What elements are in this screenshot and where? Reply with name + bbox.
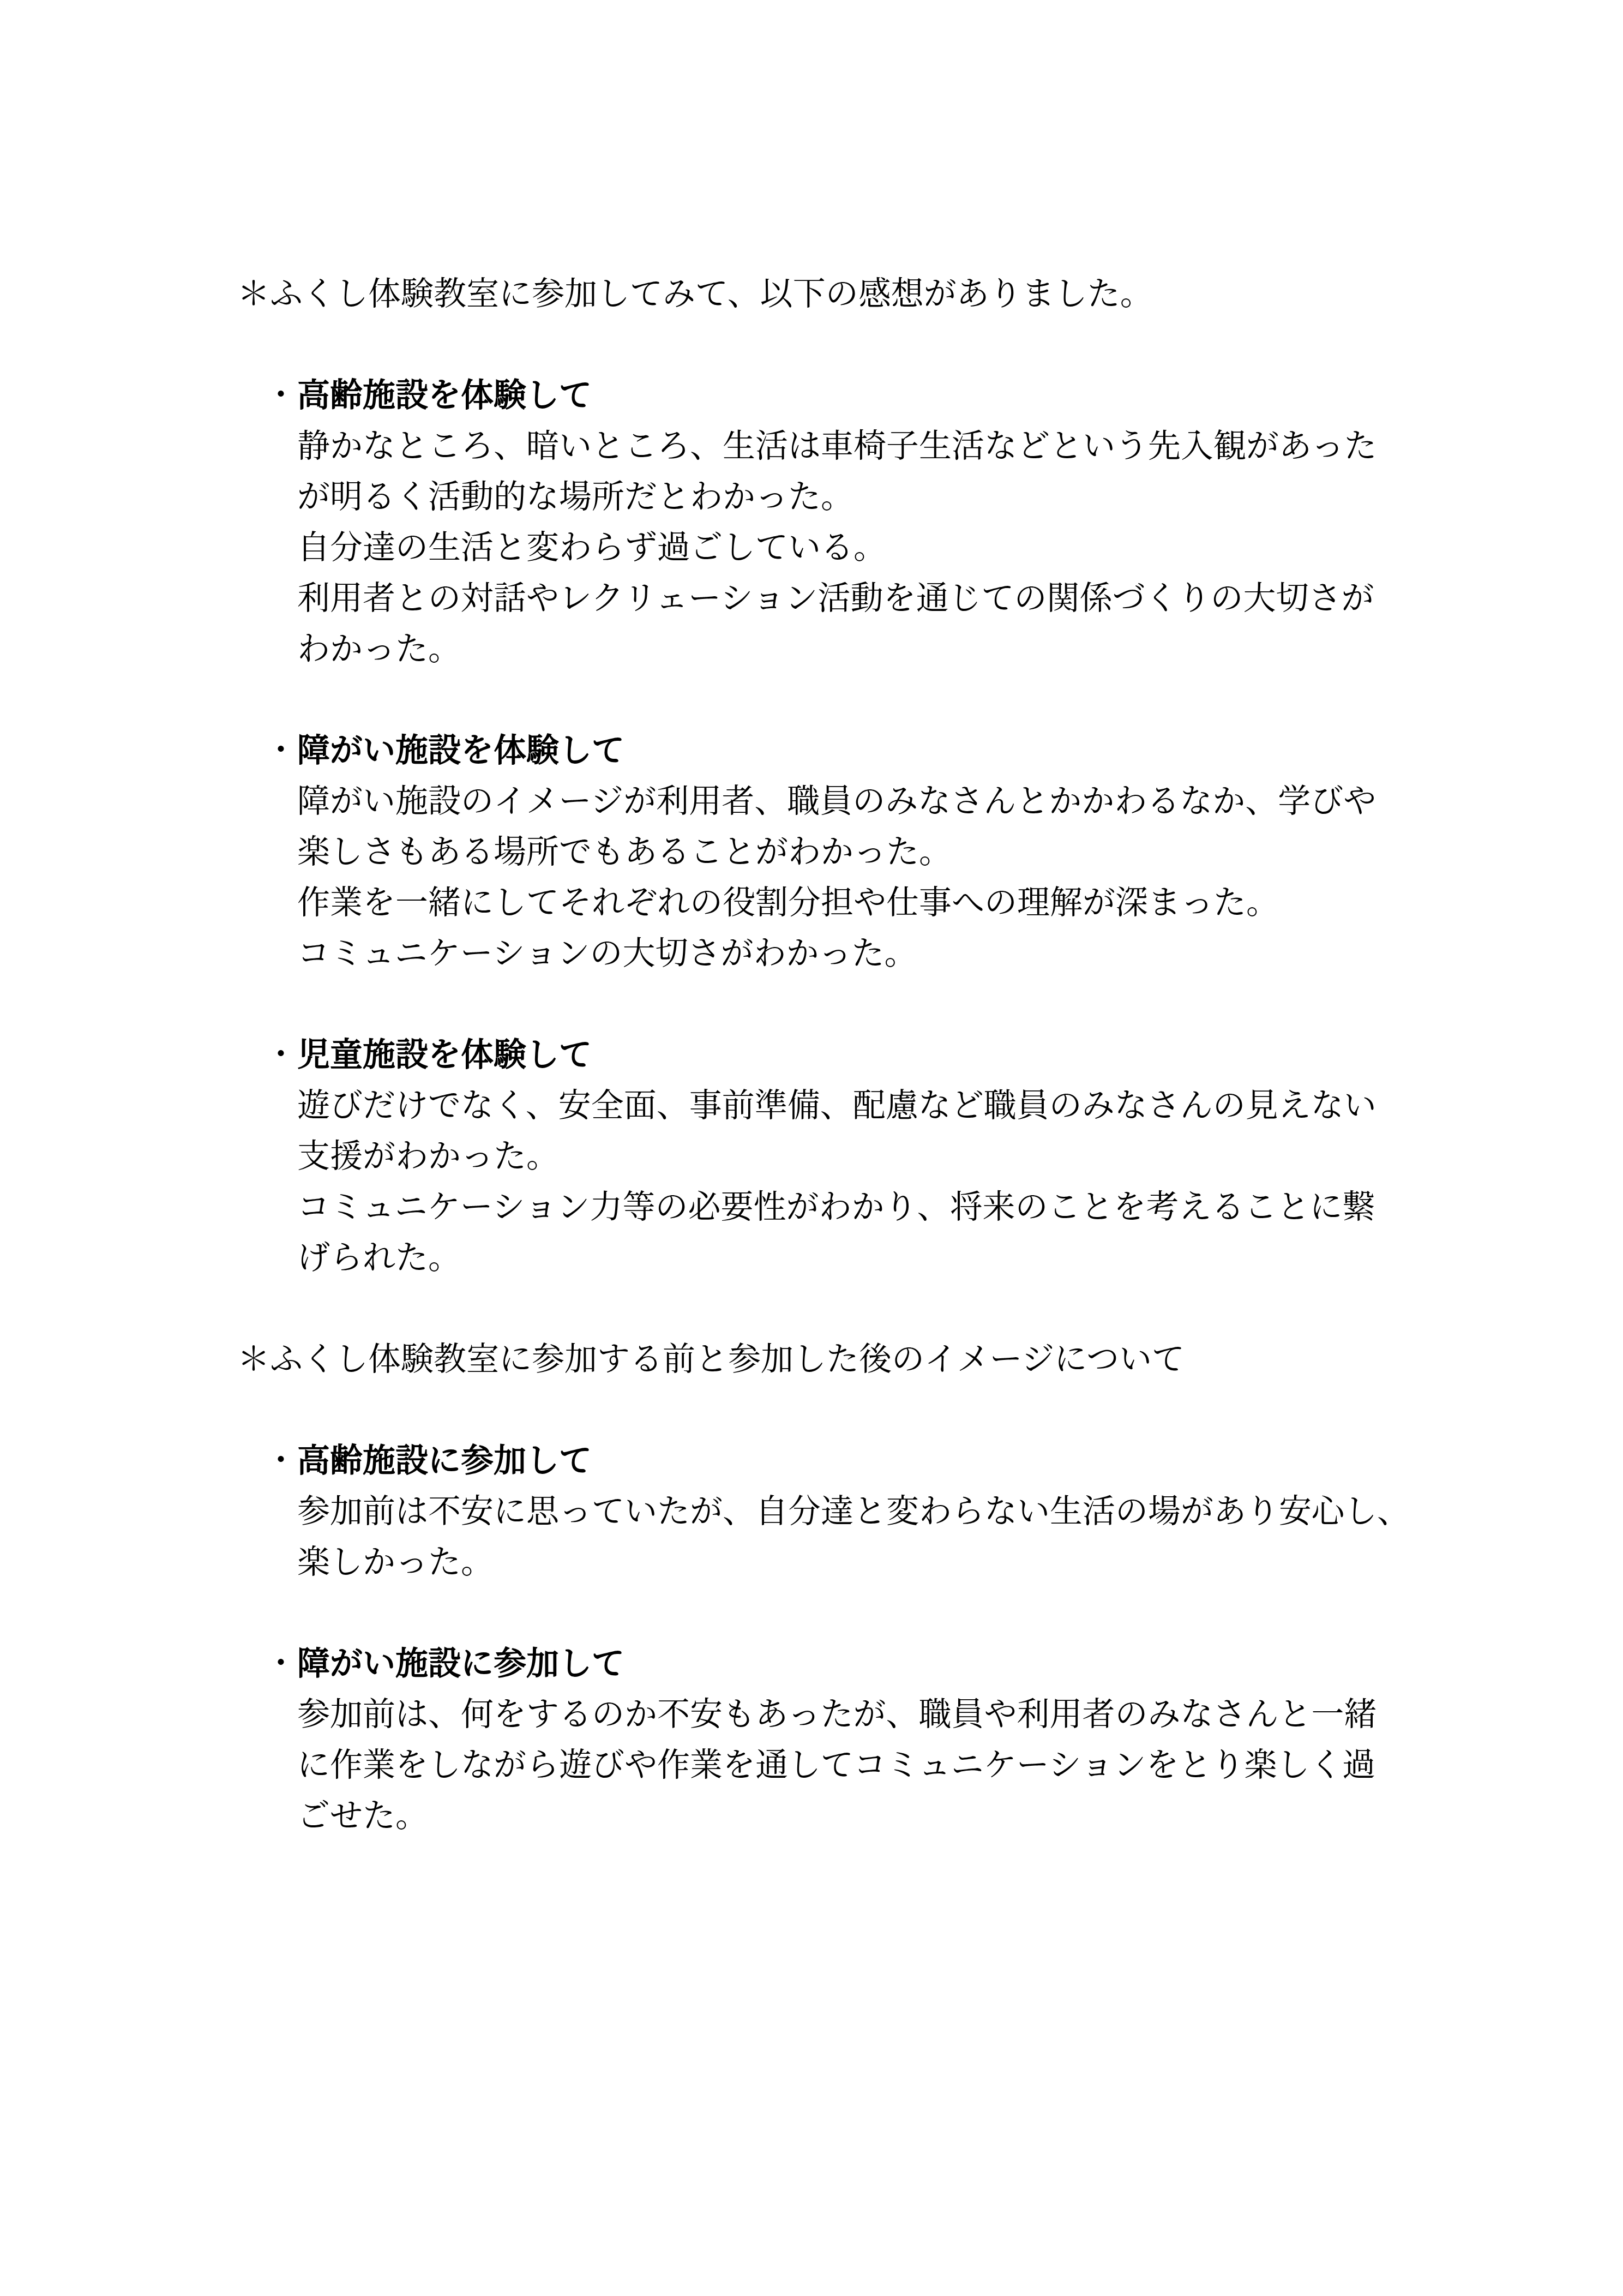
block-heading: 高齢施設を体験して: [297, 377, 592, 413]
block-heading-line: ・高齢施設に参加して: [265, 1435, 1623, 1486]
blank-line: [0, 1283, 1623, 1334]
text-line: 参加前は、何をするのか不安もあったが、職員や利用者のみなさんと一緒: [297, 1689, 1623, 1740]
text-line: 静かなところ、暗いところ、生活は車椅子生活などという先入観があった: [297, 421, 1623, 471]
text-line: げられた。: [297, 1232, 1623, 1283]
text-line: が明るく活動的な場所だとわかった。: [297, 471, 1623, 522]
text-line: 参加前は不安に思っていたが、自分達と変わらない生活の場があり安心し、: [297, 1486, 1623, 1537]
blank-line: [0, 1587, 1623, 1638]
bullet-dot: ・: [265, 1442, 297, 1479]
block-heading: 高齢施設に参加して: [297, 1442, 592, 1479]
text-line: 遊びだけでなく、安全面、事前準備、配慮など職員のみなさんの見えない: [297, 1080, 1623, 1131]
section-title: ＊ふくし体験教室に参加してみて、以下の感想がありました。: [237, 268, 1623, 319]
bullet-dot: ・: [265, 732, 297, 769]
document-text-block: ＊ふくし体験教室に参加してみて、以下の感想がありました。 ・高齢施設を体験して …: [0, 268, 1623, 1841]
bullet-dot: ・: [265, 377, 297, 413]
text-line: ごせた。: [297, 1790, 1623, 1841]
blank-line: [0, 1384, 1623, 1435]
section-title: ＊ふくし体験教室に参加する前と参加した後のイメージについて: [237, 1334, 1623, 1384]
bullet-dot: ・: [265, 1645, 297, 1682]
blank-line: [0, 674, 1623, 725]
text-line: コミュニケーション力等の必要性がわかり、将来のことを考えることに繋: [297, 1182, 1623, 1232]
block-heading-line: ・障がい施設に参加して: [265, 1638, 1623, 1689]
text-line: 障がい施設のイメージが利用者、職員のみなさんとかかわるなか、学びや: [297, 776, 1623, 826]
document-page: ＊ふくし体験教室に参加してみて、以下の感想がありました。 ・高齢施設を体験して …: [0, 0, 1623, 2296]
block-heading-line: ・障がい施設を体験して: [265, 725, 1623, 776]
blank-line: [0, 319, 1623, 370]
text-line: コミュニケーションの大切さがわかった。: [297, 928, 1623, 979]
block-heading: 児童施設を体験して: [297, 1036, 592, 1073]
block-heading-line: ・児童施設を体験して: [265, 1029, 1623, 1080]
blank-line: [0, 979, 1623, 1029]
block-heading-line: ・高齢施設を体験して: [265, 370, 1623, 421]
text-line: 支援がわかった。: [297, 1131, 1623, 1182]
block-heading: 障がい施設に参加して: [297, 1645, 624, 1682]
bullet-dot: ・: [265, 1036, 297, 1073]
text-line: 作業を一緒にしてそれぞれの役割分担や仕事への理解が深まった。: [297, 877, 1623, 928]
block-heading: 障がい施設を体験して: [297, 732, 624, 769]
text-line: に作業をしながら遊びや作業を通してコミュニケーションをとり楽しく過: [297, 1740, 1623, 1790]
text-line: 楽しかった。: [297, 1537, 1623, 1587]
text-line: わかった。: [297, 624, 1623, 674]
text-line: 利用者との対話やレクリェーション活動を通じての関係づくりの大切さが: [297, 573, 1623, 624]
text-line: 楽しさもある場所でもあることがわかった。: [297, 826, 1623, 877]
text-line: 自分達の生活と変わらず過ごしている。: [297, 522, 1623, 573]
